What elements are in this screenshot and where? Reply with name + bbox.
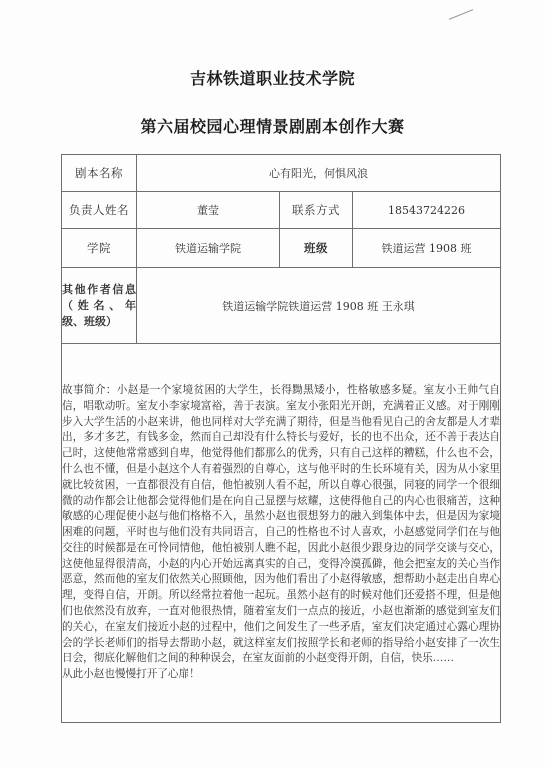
institution-title: 吉林铁道职业技术学院 [0,66,545,89]
other-authors-label-line: （ 姓 名 、 年 [62,298,136,314]
row-synopsis: 故事简介：小赵是一个家境贫困的大学生，长得黝黑矮小，性格敏感多疑。室友小王帅气自… [62,344,501,723]
other-authors-label: 其他作者信息 （ 姓 名 、 年 级、班级） [62,268,137,344]
leader-label: 负责人姓名 [62,192,137,229]
synopsis-paragraph: 故事简介：小赵是一个家境贫困的大学生，长得黝黑矮小，性格敏感多疑。室友小王帅气自… [62,383,500,667]
college-value: 铁道运输学院 [137,229,280,268]
row-other-authors: 其他作者信息 （ 姓 名 、 年 级、班级） 铁道运输学院铁道运营 1908 班… [62,268,501,344]
row-college: 学院 铁道运输学院 班级 铁道运营 1908 班 [62,229,501,268]
leader-value: 董莹 [137,192,280,229]
class-label: 班级 [280,229,353,268]
entry-form-table: 剧本名称 心有阳光，何惧风浪 负责人姓名 董莹 联系方式 18543724226… [61,154,501,723]
contact-value: 18543724226 [353,192,501,229]
other-authors-label-line: 其他作者信息 [62,282,136,298]
contact-label: 联系方式 [280,192,353,229]
college-label: 学院 [62,229,137,268]
script-name-value: 心有阳光，何惧风浪 [137,155,501,192]
synopsis-cell: 故事简介：小赵是一个家境贫困的大学生，长得黝黑矮小，性格敏感多疑。室友小王帅气自… [62,344,501,723]
row-script-name: 剧本名称 心有阳光，何惧风浪 [62,155,501,192]
script-name-label: 剧本名称 [62,155,137,192]
other-authors-label-line: 级、班级） [62,314,136,330]
other-authors-value: 铁道运输学院铁道运营 1908 班 王永琪 [137,268,501,344]
pen-mark [449,9,473,20]
synopsis-paragraph: 从此小赵也慢慢打开了心扉！ [62,667,500,683]
row-leader: 负责人姓名 董莹 联系方式 18543724226 [62,192,501,229]
class-value: 铁道运营 1908 班 [353,229,501,268]
competition-title: 第六届校园心理情景剧剧本创作大赛 [0,114,545,137]
